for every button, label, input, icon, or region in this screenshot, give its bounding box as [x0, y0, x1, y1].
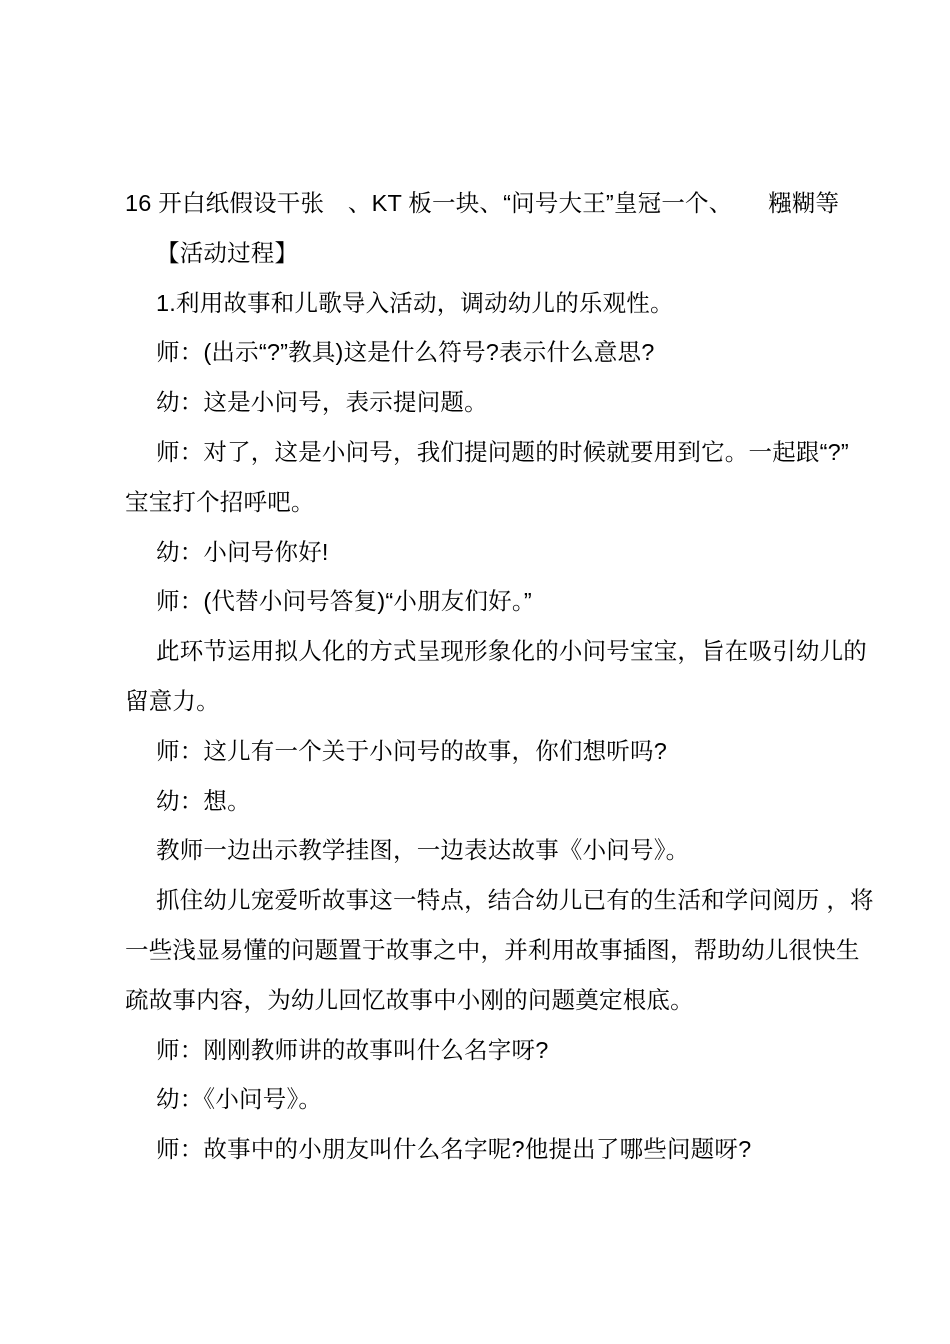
text-line: 宝宝打个招呼吧。	[125, 478, 840, 528]
text-line: 1.利用故事和儿歌导入活动，调动幼儿的乐观性。	[125, 279, 840, 329]
document-page: 16 开白纸假设干张 、KT 板一块、“问号大王”皇冠一个、 糨糊等【活动过程】…	[0, 0, 950, 1344]
text-line: 幼：这是小问号，表示提问题。	[125, 378, 840, 428]
text-line: 一些浅显易懂的问题置于故事之中，并利用故事插图，帮助幼儿很快生	[125, 926, 840, 976]
text-line: 【活动过程】	[125, 229, 840, 279]
text-line: 师：故事中的小朋友叫什么名字呢?他提出了哪些问题呀?	[125, 1125, 840, 1175]
text-line: 师：刚刚教师讲的故事叫什么名字呀?	[125, 1026, 840, 1076]
text-line: 幼：想。	[125, 777, 840, 827]
text-line: 幼：小问号你好!	[125, 528, 840, 578]
text-line: 16 开白纸假设干张 、KT 板一块、“问号大王”皇冠一个、 糨糊等	[125, 179, 840, 229]
text-line: 此环节运用拟人化的方式呈现形象化的小问号宝宝，旨在吸引幼儿的	[125, 627, 840, 677]
text-line: 师：(出示“?”教具)这是什么符号?表示什么意思?	[125, 328, 840, 378]
text-line: 留意力。	[125, 677, 840, 727]
text-line: 疏故事内容，为幼儿回忆故事中小刚的问题奠定根底。	[125, 976, 840, 1026]
text-line: 师：这儿有一个关于小问号的故事，你们想听吗?	[125, 727, 840, 777]
text-line: 师：(代替小问号答复)“小朋友们好。”	[125, 577, 840, 627]
text-line: 师：对了，这是小问号，我们提问题的时候就要用到它。一起跟“?”	[125, 428, 840, 478]
text-line: 抓住幼儿宠爱听故事这一特点，结合幼儿已有的生活和学问阅历 ，将	[125, 876, 840, 926]
document-text-block: 16 开白纸假设干张 、KT 板一块、“问号大王”皇冠一个、 糨糊等【活动过程】…	[125, 179, 840, 1175]
text-line: 教师一边出示教学挂图，一边表达故事《小问号》。	[125, 826, 840, 876]
text-line: 幼：《小问号》。	[125, 1075, 840, 1125]
